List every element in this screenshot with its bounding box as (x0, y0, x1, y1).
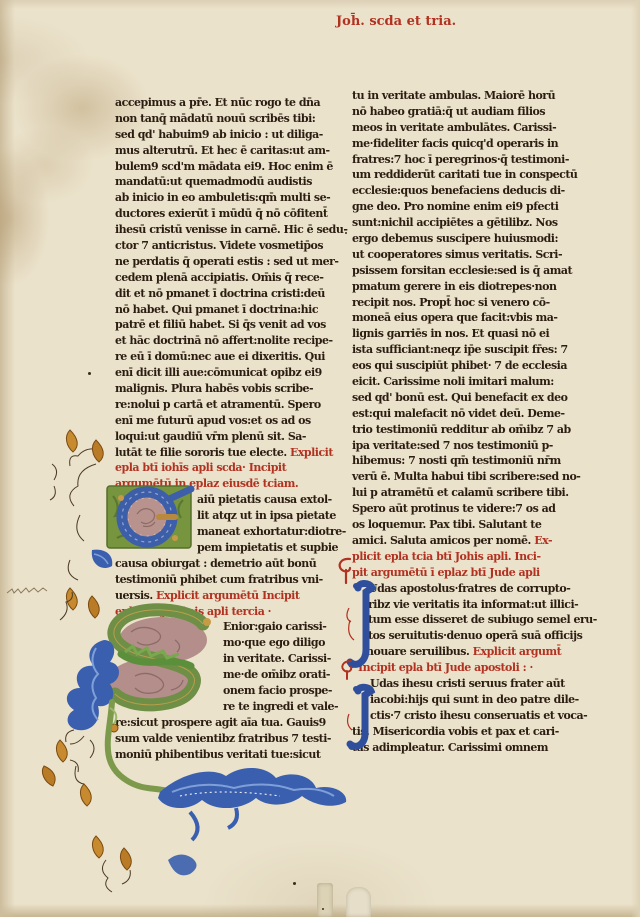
text-line: ihesū cristū venisse in carnē. Hic ē sed… (115, 222, 326, 238)
body-text: psissem forsitan ecclesie:sed is q̄ amat (352, 264, 572, 277)
rubric-text: Ex- (534, 534, 552, 547)
rubric-paraph-mark (336, 556, 352, 584)
text-line: mus alterutrū. Et hec ē caritas:ut am- (115, 143, 326, 159)
text-line: os loquemur. Pax tibi. Salutant te (352, 517, 570, 533)
body-text: ipa veritate:sed 7 nos testimoniū p- (352, 439, 553, 452)
text-line: lignis garriēs in nos. Et quasi nō ei (352, 326, 570, 342)
body-text: aiū pietatis causa extol- (197, 493, 332, 506)
text-line: ista sufficiant:neqz ip̄e suscipit fr̄es… (352, 342, 570, 358)
rubric-text: plicit epla tcia btī Johis apli. Inci- (352, 550, 541, 563)
body-text: Enior:gaio carissi- (223, 620, 326, 633)
body-text: re eū ī domū:nec aue ei dixeritis. Qui (115, 350, 325, 363)
body-text: sed qd' bonū est. Qui benefacit ex deo (352, 391, 567, 404)
body-text: et hāc doctrinā nō affert:nolite recipe- (115, 334, 333, 347)
text-line: ipa veritate:sed 7 nos testimoniū p- (352, 438, 570, 454)
text-line: sed qd' bonū est. Qui benefacit ex deo (352, 390, 570, 406)
body-text: trio testimoniū redditur ab om̄ibz 7 ab (352, 423, 571, 436)
text-line: fratres:7 hoc ī peregrinos·q̄ testimoni- (352, 152, 570, 168)
body-text: cedem plenā accipiatis. Om̄is q̄ rece- (115, 271, 324, 284)
body-text: malignis. Plura habēs vobis scribe- (115, 382, 313, 395)
bookmark-tab-narrow (317, 883, 333, 917)
body-text: lutāt te filie sororis tue electe. (115, 446, 290, 459)
body-text: pem impietatis et supbie (197, 541, 338, 554)
body-text: testimoniū phibet cum fratribus vni- (115, 573, 323, 586)
rubric-text: Explicit argumt̄ (473, 645, 562, 658)
text-line: meos in veritate ambulātes. Carissi- (352, 120, 570, 136)
body-text: ut cooperatores simus veritatis. Scri- (352, 248, 562, 261)
body-text: nō habeo gratiā:q̄ ut audiam filios (352, 105, 545, 118)
text-line: ribz vie veritatis ita informat:ut illic… (352, 597, 570, 613)
text-line: plicit epla tcia btī Johis apli. Inci- (352, 549, 570, 565)
text-line: Incipit epla btī Jude apostoli : · (352, 660, 570, 676)
text-line: mandatū:ut quemadmodū audistis (115, 174, 326, 190)
text-line: tu in veritate ambulas. Maiorē horū (352, 88, 570, 104)
text-line: eicit. Carissime noli imitari malum: (352, 374, 570, 390)
parchment-page: Joh̄. scda et tria. accepimus a pr̄e. Et… (0, 0, 640, 917)
body-text: ista sufficiant:neqz ip̄e suscipit fr̄es… (352, 343, 568, 356)
text-line: loqui:ut gaudiū vr̄m plenū sit. Sa- (115, 429, 326, 445)
text-line: hibemus: 7 nosti qm̄ testimoniū nr̄m (352, 453, 570, 469)
marginal-foliage-lower (40, 700, 460, 905)
text-line: pmatum gerere in eis diotrepes·non (352, 279, 570, 295)
text-line: ctor 7 anticristus. Videte vosmetip̄os (115, 238, 326, 254)
body-text: me·fideliter facis quicq'd operaris in (352, 137, 558, 150)
text-line: tum esse disseret de subiugo semel eru- (352, 612, 570, 628)
bookmark-tab-rounded (346, 887, 371, 917)
body-text: nō habet. Qui pmanet ī doctrina:hic (115, 303, 318, 316)
text-line: pit argumētū ī eplaz btī Jude apli (352, 565, 570, 581)
rubric-flourish (338, 658, 354, 680)
body-text: patrē et filiū habet. Si q̄s venit ad vo… (115, 318, 326, 331)
body-text: tum esse disseret de subiugo semel eru- (368, 613, 597, 626)
text-line: malignis. Plura habēs vobis scribe- (115, 381, 326, 397)
text-line: me·fideliter facis quicq'd operaris in (352, 136, 570, 152)
rubric-text: Explicit argumētū Incipit (156, 589, 299, 602)
body-text: tos seruitutis·denuo operā suā officijs (368, 629, 582, 642)
body-text: gne deo. Pro nomine enim ei9 pfecti (352, 200, 558, 213)
text-line: Udas ihesu cristi seruus frater aūt (352, 676, 570, 692)
body-text: ductores exierūt ī mūdū q̄ nō cōfitent̄ (115, 207, 328, 220)
body-text: causa obiurgat : demetrio aūt bonū (115, 557, 316, 570)
body-text: lui p atramētū et calamū scribere tibi. (352, 486, 569, 499)
body-text: moneā eius opera que facit:vbis ma- (352, 311, 557, 324)
body-text: fratres:7 hoc ī peregrinos·q̄ testimoni- (352, 153, 569, 166)
text-line: eos qui suscipiūt phibet· 7 de ecclesia (352, 358, 570, 374)
body-text: lignis garriēs in nos. Et quasi nō ei (352, 327, 549, 340)
body-text: mus alterutrū. Et hec ē caritas:ut am- (115, 144, 330, 157)
body-text: pmatum gerere in eis diotrepes·non (352, 280, 556, 293)
text-line: enī me futurū apud vos:et os ad os (115, 413, 326, 429)
text-line: testimoniū phibet cum fratribus vni- (115, 572, 326, 588)
text-line: Spero aūt protinus te videre:7 os ad (352, 501, 570, 517)
body-text: est:qui malefacit nō videt deū. Deme- (352, 407, 565, 420)
text-line: non tanq̄ mādatū nouū scribēs tibi: (115, 111, 326, 127)
text-line: um reddiderūt caritati tue in conspectū (352, 167, 570, 183)
manuscript-photo: { "page": { "header": "Joh̄. scda et tri… (0, 0, 640, 917)
text-line: ne perdatis q̄ operati estis : sed ut me… (115, 254, 326, 270)
body-text: ab inicio in eo ambuletis:qm̄ multi se- (115, 191, 330, 204)
text-line: nō habeo gratiā:q̄ ut audiam filios (352, 104, 570, 120)
marginal-annotation-mark (6, 585, 48, 597)
body-text: lit atqz ut in ipsa pietate (197, 509, 336, 522)
text-line: est:qui malefacit nō videt deū. Deme- (352, 406, 570, 422)
marginal-foliage-upper (40, 420, 120, 635)
body-text: um reddiderūt caritati tue in conspectū (352, 168, 577, 181)
text-line: nō habet. Qui pmanet ī doctrina:hic (115, 302, 326, 318)
text-line: trio testimoniū redditur ab om̄ibz 7 ab (352, 422, 570, 438)
text-line: ecclesie:quos benefaciens deducis di- (352, 183, 570, 199)
body-text: tu in veritate ambulas. Maiorē horū (352, 89, 555, 102)
rubric-text: Incipit epla btī Jude apostoli : · (358, 661, 533, 674)
text-line: accepimus a pr̄e. Et nūc rogo te dn̄a (115, 95, 326, 111)
text-line: dit et nō pmanet ī doctrina cristi:deū (115, 286, 326, 302)
body-text: me·de om̄ibz orati- (223, 668, 330, 681)
text-line: moneā eius opera que facit:vbis ma- (352, 310, 570, 326)
text-line: causa obiurgat : demetrio aūt bonū (115, 556, 326, 572)
lombard-initial-J-jude-epistle (346, 684, 374, 752)
text-line: bulem9 scd'm mādata ei9. Hoc enim ē (115, 159, 326, 175)
body-text: amici. Saluta amicos per nomē. (352, 534, 534, 547)
body-text: Udas apostolus·fratres de corrupto- (368, 582, 570, 595)
running-header: Joh̄. scda et tria. (336, 14, 456, 29)
body-text: nouare seruilibus. (366, 645, 473, 658)
text-line: ergo debemus suscipere huiusmodi: (352, 231, 570, 247)
body-text: recipit nos. Propt̄ hoc si venero cō- (352, 296, 550, 309)
body-text: ctor 7 anticristus. Videte vosmetip̄os (115, 239, 323, 252)
body-text: os loquemur. Pax tibi. Salutant te (352, 518, 541, 531)
text-line: sed qd' habuim9 ab inicio : ut diliga- (115, 127, 326, 143)
text-line: sunt:nichil accipiētes a gētilibz. Nos (352, 215, 570, 231)
body-text: verū ē. Multa habui tibi scribere:sed no… (352, 470, 580, 483)
speck (88, 372, 91, 375)
body-text: sed qd' habuim9 ab inicio : ut diliga- (115, 128, 323, 141)
body-text: re:nolui p cartā et atramentū. Spero (115, 398, 321, 411)
text-line: patrē et filiū habet. Si q̄s venit ad vo… (115, 317, 326, 333)
body-text: Udas ihesu cristi seruus frater aūt (370, 677, 565, 690)
body-text: ihesū cristū venisse in carnē. Hic ē sed… (115, 223, 347, 236)
rubric-text: pit argumētū ī eplaz btī Jude apli (352, 566, 540, 579)
speck (322, 908, 324, 910)
text-line: Udas apostolus·fratres de corrupto- (352, 581, 570, 597)
body-text: sunt:nichil accipiētes a gētilibz. Nos (352, 216, 558, 229)
text-line: et hāc doctrinā nō affert:nolite recipe- (115, 333, 326, 349)
body-text: non tanq̄ mādatū nouū scribēs tibi: (115, 112, 315, 125)
body-text: loqui:ut gaudiū vr̄m plenū sit. Sa- (115, 430, 306, 443)
text-line: recipit nos. Propt̄ hoc si venero cō- (352, 295, 570, 311)
body-text: mo·que ego diligo (223, 636, 325, 649)
body-text: in veritate. Carissi- (223, 652, 331, 665)
text-line: amici. Saluta amicos per nomē. Ex- (352, 533, 570, 549)
text-line: re eū ī domū:nec aue ei dixeritis. Qui (115, 349, 326, 365)
text-line: nouare seruilibus. Explicit argumt̄ (352, 644, 570, 660)
body-text: onem facio prospe- (223, 684, 332, 697)
speck (345, 232, 347, 234)
text-line: psissem forsitan ecclesie:sed is q̄ amat (352, 263, 570, 279)
body-text: eicit. Carissime noli imitari malum: (352, 375, 554, 388)
body-text: ne perdatis q̄ operati estis : sed ut me… (115, 255, 338, 268)
text-line: gne deo. Pro nomine enim ei9 pfecti (352, 199, 570, 215)
text-line: verū ē. Multa habui tibi scribere:sed no… (352, 469, 570, 485)
body-text: ecclesie:quos benefaciens deducis di- (352, 184, 565, 197)
body-text: bulem9 scd'm mādata ei9. Hoc enim ē (115, 160, 333, 173)
text-line: ductores exierūt ī mūdū q̄ nō cōfitent̄ (115, 206, 326, 222)
speck (293, 882, 296, 885)
text-column-right: tu in veritate ambulas. Maiorē horūnō ha… (352, 88, 570, 755)
text-line: lutāt te filie sororis tue electe. Expli… (115, 445, 326, 461)
body-text: ergo debemus suscipere huiusmodi: (352, 232, 558, 245)
text-line: enī dicit illi aue:cōmunicat opibz ei9 (115, 365, 326, 381)
text-line: uersis. Explicit argumētū Incipit (115, 588, 326, 604)
text-line: lui p atramētū et calamū scribere tibi. (352, 485, 570, 501)
text-line: cedem plenā accipiatis. Om̄is q̄ rece- (115, 270, 326, 286)
body-text: uersis. (115, 589, 156, 602)
body-text: enī me futurū apud vos:et os ad os (115, 414, 311, 427)
body-text: ribz vie veritatis ita informat:ut illic… (368, 598, 578, 611)
body-text: meos in veritate ambulātes. Carissi- (352, 121, 556, 134)
body-text: dit et nō pmanet ī doctrina cristi:deū (115, 287, 325, 300)
text-line: ab inicio in eo ambuletis:qm̄ multi se- (115, 190, 326, 206)
text-line: re:nolui p cartā et atramentū. Spero (115, 397, 326, 413)
text-line: ut cooperatores simus veritatis. Scri- (352, 247, 570, 263)
rubric-text: epla btī iohīs apli scda· Incipit (115, 461, 286, 474)
rubric-text: Explicit (290, 446, 333, 459)
body-text: eos qui suscipiūt phibet· 7 de ecclesia (352, 359, 567, 372)
body-text: accepimus a pr̄e. Et nūc rogo te dn̄a (115, 96, 320, 109)
body-text: maneat exhortatur:diotre- (197, 525, 346, 538)
body-text: enī dicit illi aue:cōmunicat opibz ei9 (115, 366, 322, 379)
body-text: hibemus: 7 nosti qm̄ testimoniū nr̄m (352, 454, 561, 467)
text-line: epla btī iohīs apli scda· Incipit (115, 460, 326, 476)
text-line: tos seruitutis·denuo operā suā officijs (352, 628, 570, 644)
body-text: mandatū:ut quemadmodū audistis (115, 175, 312, 188)
body-text: Spero aūt protinus te videre:7 os ad (352, 502, 555, 515)
